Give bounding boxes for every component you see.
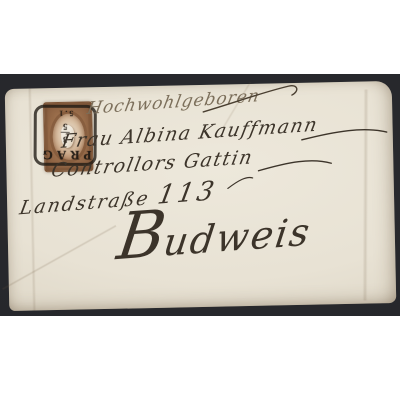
postmark-code: 5.1 bbox=[57, 109, 73, 117]
address-salutation: Hochwohlgeboren bbox=[85, 86, 261, 119]
photograph-of-postal-cover: PRAG 3 5 5.1 Hochwohlgeboren Frau Albina… bbox=[0, 74, 400, 316]
envelope-crease-right bbox=[362, 90, 368, 301]
envelope-crease-diagonal bbox=[2, 224, 117, 290]
envelope: PRAG 3 5 5.1 Hochwohlgeboren Frau Albina… bbox=[5, 81, 397, 311]
destination-city: Budweis bbox=[114, 195, 316, 268]
city-remaining-letters: udweis bbox=[161, 209, 314, 264]
address-recipient-name: Frau Albina Kauffmann bbox=[60, 114, 321, 153]
